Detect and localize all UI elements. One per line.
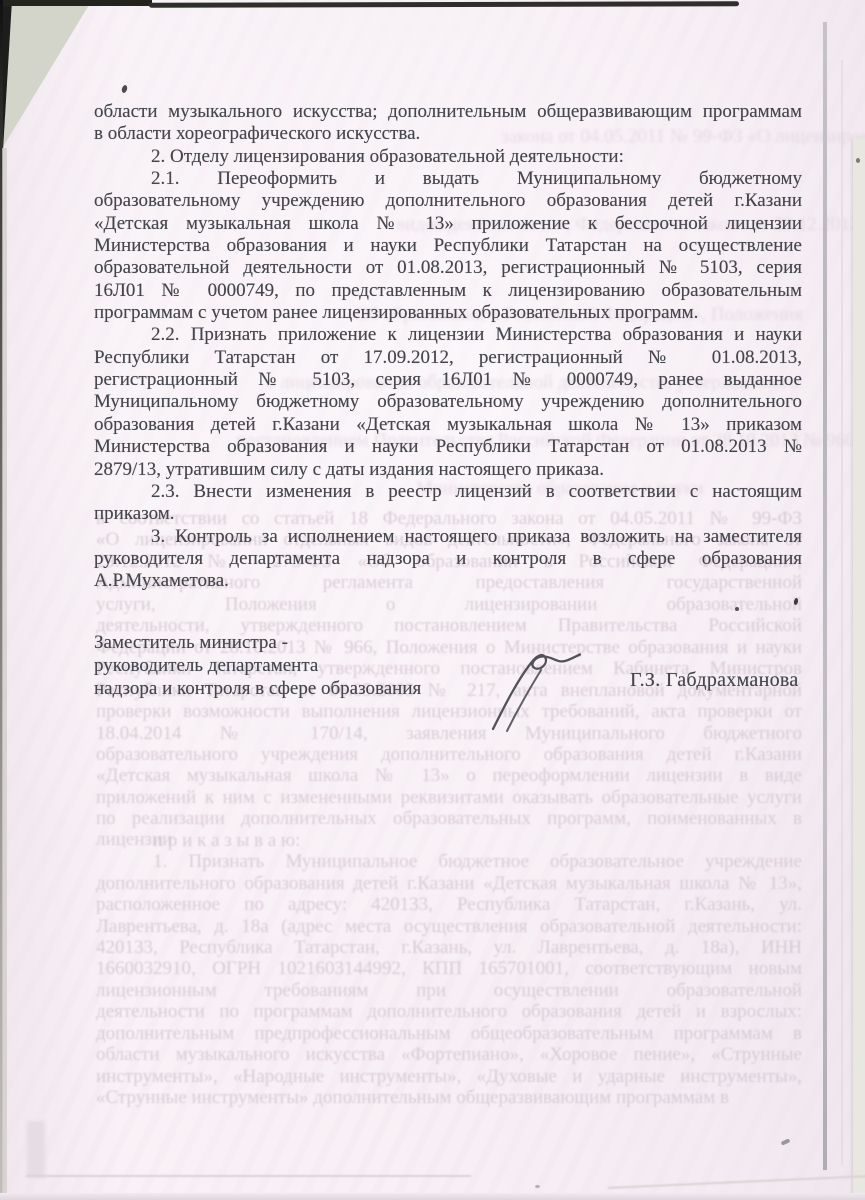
body-line: 2.2. Признать приложение к лицензии Мини…: [94, 324, 802, 346]
signer-name: Г.З. Габдрахманова: [630, 669, 799, 692]
bleed-line: приложений к ним с измененными реквизита…: [96, 787, 802, 808]
bleed-line: п р и к а з ы в а ю:: [96, 830, 802, 851]
body-line: образования детей г.Казани «Детская музы…: [94, 414, 802, 436]
body-line: Министерства образования и науки Республ…: [94, 436, 802, 458]
scan-corner-fold: [0, 0, 92, 152]
page-fold-line: [823, 22, 827, 1170]
bleed-line: дополнительного образования детей г.Каза…: [96, 873, 802, 894]
body-line: регистрационный № 5103, серия 16Л01 № 00…: [94, 369, 802, 391]
scan-left-edge-sliver: [2, 148, 7, 1200]
body-line: 2. Отделу лицензирования образовательной…: [94, 146, 802, 168]
body-line: программам с учетом ранее лицензированны…: [94, 302, 802, 324]
bleed-line: по реализации дополнительных образовател…: [96, 808, 802, 829]
body-line: в области хореографического искусства.: [94, 123, 802, 145]
bleed-line: Лаврентьева, д. 18а (адрес места осущест…: [96, 916, 802, 937]
bleed-line: лицензионным требованиям при осуществлен…: [96, 980, 802, 1001]
body-line: области музыкального искусства; дополнит…: [94, 101, 802, 123]
body-line: 2.3. Внести изменения в реестр лицензий …: [94, 481, 802, 503]
scan-right-margin-strip: [853, 138, 865, 1200]
scan-bottom-line: [26, 1175, 471, 1177]
body-line: Республики Татарстан от 17.09.2012, реги…: [94, 347, 802, 369]
bleed-line: области музыкального искусства «Фортепиа…: [96, 1044, 802, 1065]
body-line: 16Л01 № 0000749, по представленным к лиц…: [94, 280, 802, 302]
bleed-line: услуги, Положения о лицензировании образ…: [96, 594, 802, 615]
bleed-line: дополнительным предпрофессиональным обще…: [96, 1023, 802, 1044]
scan-speck: [735, 607, 739, 611]
signer-title-line: Заместитель министра -: [94, 631, 494, 654]
scan-speck: [856, 158, 860, 163]
bleed-line: деятельности по программам дополнительно…: [96, 1001, 802, 1022]
bleed-line: 1660032910, ОГРН 1021603144992, КПП 1657…: [96, 958, 802, 979]
scan-top-left-edge: [0, 0, 152, 6]
body-line: 3. Контроль за исполнением настоящего пр…: [94, 526, 802, 548]
body-line: приказом.: [94, 503, 802, 525]
page-fold-line-faint: [841, 60, 843, 1165]
document-body: области музыкального искусства; дополнит…: [94, 101, 802, 593]
bleed-line: 1. Признать Муниципальное бюджетное обра…: [96, 851, 802, 872]
bleed-line: 420133, Республика Татарстан, г.Казань, …: [96, 937, 802, 958]
bleed-line: «Детская музыкальная школа № 13» о перео…: [96, 765, 802, 786]
bleed-line: инструменты», «Народные инструменты», «Д…: [96, 1066, 802, 1087]
bleed-line: 18.04.2014 № 170/14, заявления Муниципал…: [96, 723, 802, 744]
body-line: 2879/13, утратившим силу с даты издания …: [94, 459, 802, 481]
bleed-line: образовательного учреждения дополнительн…: [96, 744, 802, 765]
body-line: образовательной деятельности от 01.08.20…: [94, 257, 802, 279]
bleed-line: расположенное по адресу: 420133, Республ…: [96, 894, 802, 915]
handwritten-signature-icon: [483, 643, 593, 735]
body-line: Министерства образования и науки Республ…: [94, 235, 802, 257]
body-line: «Детская музыкальная школа № 13» приложе…: [94, 213, 802, 235]
bleed-line: «Струнные инструменты» дополнительным об…: [96, 1087, 802, 1108]
scanned-document-page: закона от 04.05.2011 № 99-ФЗ «О лицензир…: [0, 0, 865, 1200]
signer-title-line: руководитель департамента: [94, 654, 494, 677]
signer-title-line: надзора и контроля в сфере образования: [94, 677, 494, 700]
scan-smudge: [27, 1121, 45, 1178]
scan-speck: [535, 1185, 540, 1188]
body-line: Муниципальному бюджетному образовательно…: [94, 391, 802, 413]
body-line: образовательному учреждению дополнительн…: [94, 190, 802, 212]
scan-bottom-edge: [0, 1193, 865, 1200]
bleed-line: проверки возможности выполнения лицензио…: [96, 701, 802, 722]
body-line: А.Р.Мухаметова.: [94, 570, 802, 592]
body-line: руководителя департамента надзора и конт…: [94, 548, 802, 570]
body-line: 2.1. Переоформить и выдать Муниципальном…: [94, 168, 802, 190]
signature-title-block: Заместитель министра - руководитель депа…: [94, 631, 494, 701]
